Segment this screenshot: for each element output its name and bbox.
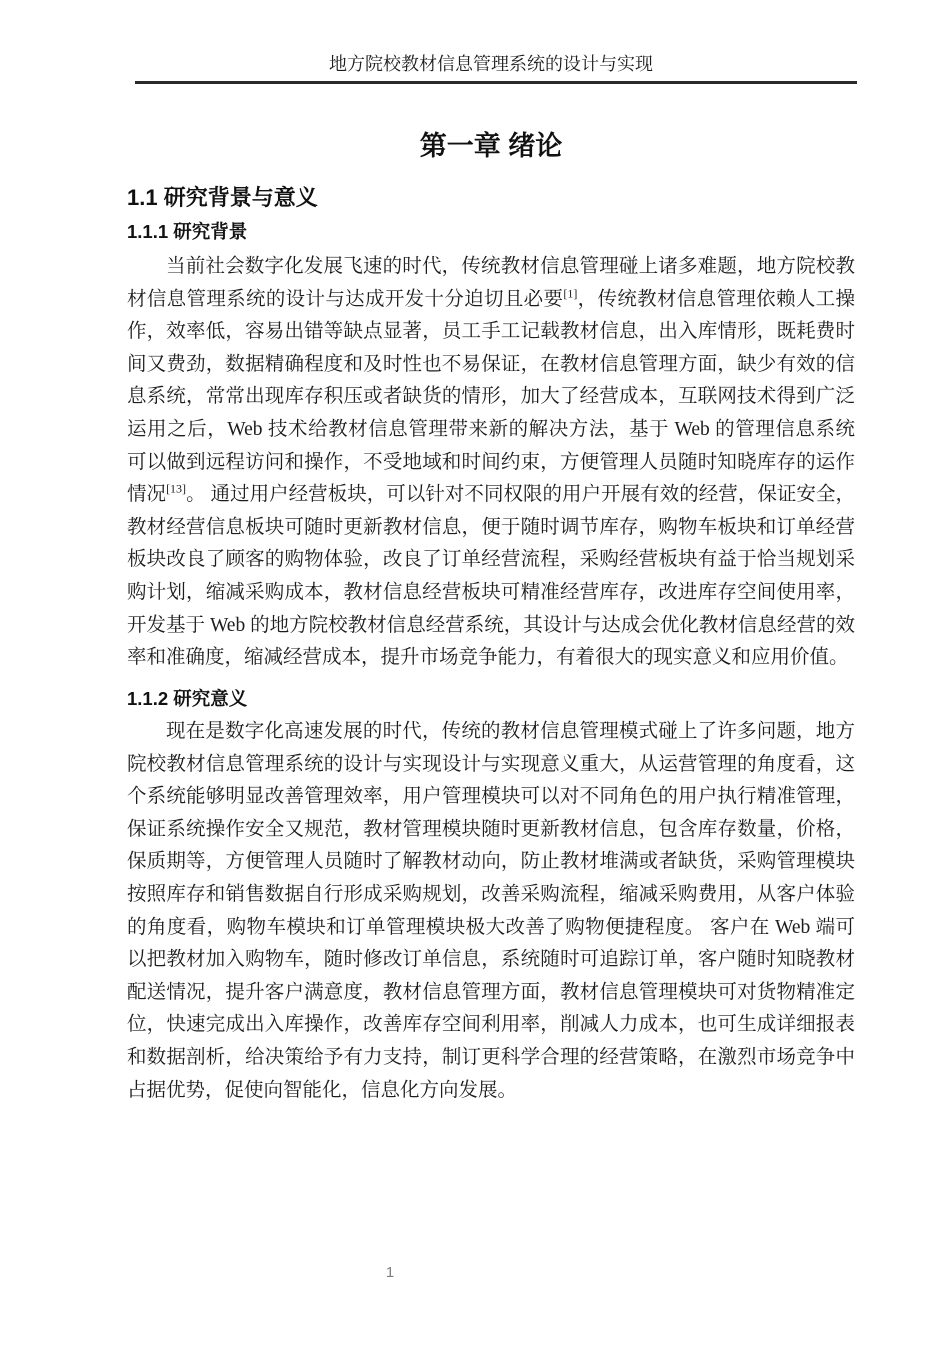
paragraph-research-background: 当前社会数字化发展飞速的时代，传统教材信息管理碰上诸多难题，地方院校教材信息管理… <box>127 251 855 675</box>
page-number: 1 <box>375 1264 405 1281</box>
chapter-title: 第一章 绪论 <box>127 127 855 165</box>
document-page: 地方院校教材信息管理系统的设计与实现 第一章 绪论 1.1 研究背景与意义 1.… <box>0 0 950 1346</box>
subsection-heading-1-1-2: 1.1.2 研究意义 <box>127 686 855 712</box>
para1-text-3: 。 通过用户经营板块，可以针对不同权限的用户开展有效的经营，保证安全，教材经营信… <box>127 484 855 668</box>
para1-text-2: ，传统教材信息管理依赖人工操作，效率低，容易出错等缺点显著，员工手工记载教材信息… <box>127 289 855 506</box>
subsection-heading-1-1-1: 1.1.1 研究背景 <box>127 219 855 245</box>
paragraph-research-significance: 现在是数字化高速发展的时代，传统的教材信息管理模式碰上了许多问题，地方院校教材信… <box>127 716 855 1107</box>
page-content: 地方院校教材信息管理系统的设计与实现 第一章 绪论 1.1 研究背景与意义 1.… <box>127 0 855 1346</box>
citation-ref-13: [13] <box>166 482 186 496</box>
section-heading-1-1: 1.1 研究背景与意义 <box>127 183 855 213</box>
running-header-title: 地方院校教材信息管理系统的设计与实现 <box>127 50 855 78</box>
citation-ref-1: [1] <box>563 286 577 300</box>
header-rule <box>135 81 857 84</box>
